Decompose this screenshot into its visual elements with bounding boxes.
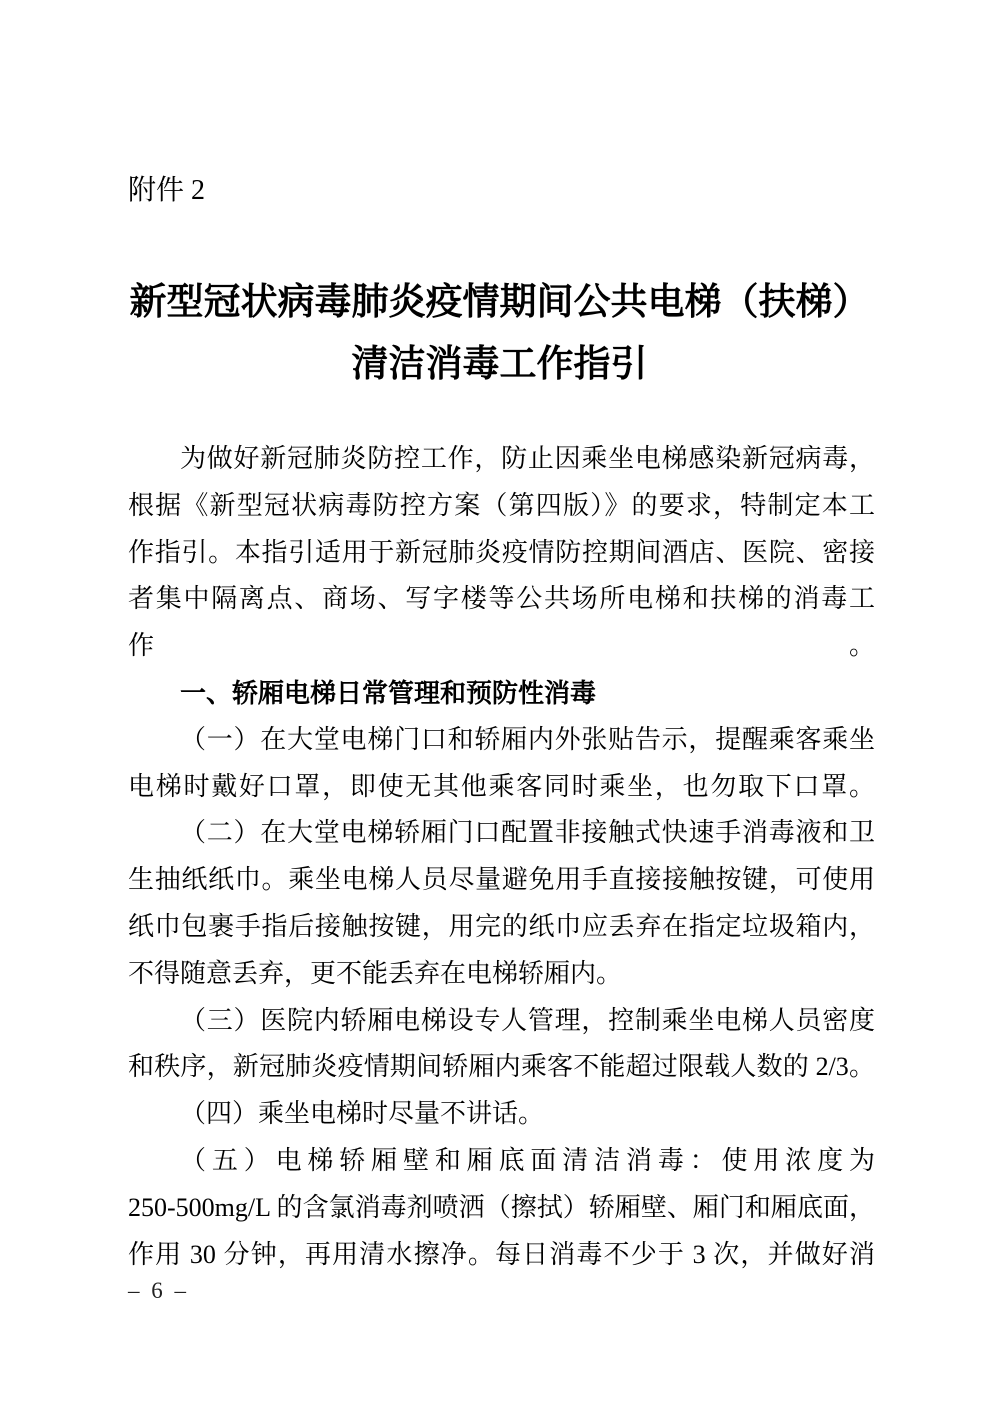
text-line: （一）在大堂电梯门口和轿厢内外张贴告示，提醒乘客乘坐 — [128, 717, 875, 764]
text-line: 为做好新冠肺炎防控工作，防止因乘坐电梯感染新冠病毒， — [128, 436, 875, 483]
text-line: 250-500mg/L 的含氯消毒剂喷洒（擦拭）轿厢壁、厢门和厢底面， — [128, 1185, 875, 1232]
text-line: 作指引。本指引适用于新冠肺炎疫情防控期间酒店、医院、密接 — [128, 530, 875, 577]
section-heading: 一、轿厢电梯日常管理和预防性消毒 — [128, 670, 875, 717]
document-body: 为做好新冠肺炎防控工作，防止因乘坐电梯感染新冠病毒， 根据《新型冠状病毒防控方案… — [128, 436, 875, 1278]
document-title-line-2: 清洁消毒工作指引 — [90, 334, 909, 396]
text-line: 根据《新型冠状病毒防控方案（第四版）》的要求，特制定本工 — [128, 483, 875, 530]
page-number: – 6 – — [128, 1278, 189, 1304]
text-line: 和秩序，新冠肺炎疫情期间轿厢内乘客不能超过限载人数的 2/3。 — [128, 1044, 875, 1091]
text-line: （五）电梯轿厢壁和厢底面清洁消毒：使用浓度为 — [128, 1138, 875, 1185]
document-page: 附件 2 新型冠状病毒肺炎疫情期间公共电梯（扶梯） 清洁消毒工作指引 为做好新冠… — [0, 0, 999, 1414]
text-line: 不得随意丢弃，更不能丢弃在电梯轿厢内。 — [128, 951, 875, 998]
document-title-line-1: 新型冠状病毒肺炎疫情期间公共电梯（扶梯） — [90, 272, 909, 334]
text-line: 纸巾包裹手指后接触按键，用完的纸巾应丢弃在指定垃圾箱内， — [128, 904, 875, 951]
text-line: 电梯时戴好口罩，即使无其他乘客同时乘坐，也勿取下口罩。 — [128, 764, 875, 811]
text-line: （三）医院内轿厢电梯设专人管理，控制乘坐电梯人员密度 — [128, 998, 875, 1045]
text-line: （二）在大堂电梯轿厢门口配置非接触式快速手消毒液和卫 — [128, 810, 875, 857]
text-line: 者集中隔离点、商场、写字楼等公共场所电梯和扶梯的消毒工作。 — [128, 576, 875, 670]
attachment-label: 附件 2 — [128, 172, 999, 210]
text-line: （四）乘坐电梯时尽量不讲话。 — [128, 1091, 875, 1138]
text-line: 作用 30 分钟，再用清水擦净。每日消毒不少于 3 次，并做好消 — [128, 1232, 875, 1279]
document-title: 新型冠状病毒肺炎疫情期间公共电梯（扶梯） 清洁消毒工作指引 — [0, 272, 999, 396]
text-line: 生抽纸纸巾。乘坐电梯人员尽量避免用手直接接触按键，可使用 — [128, 857, 875, 904]
